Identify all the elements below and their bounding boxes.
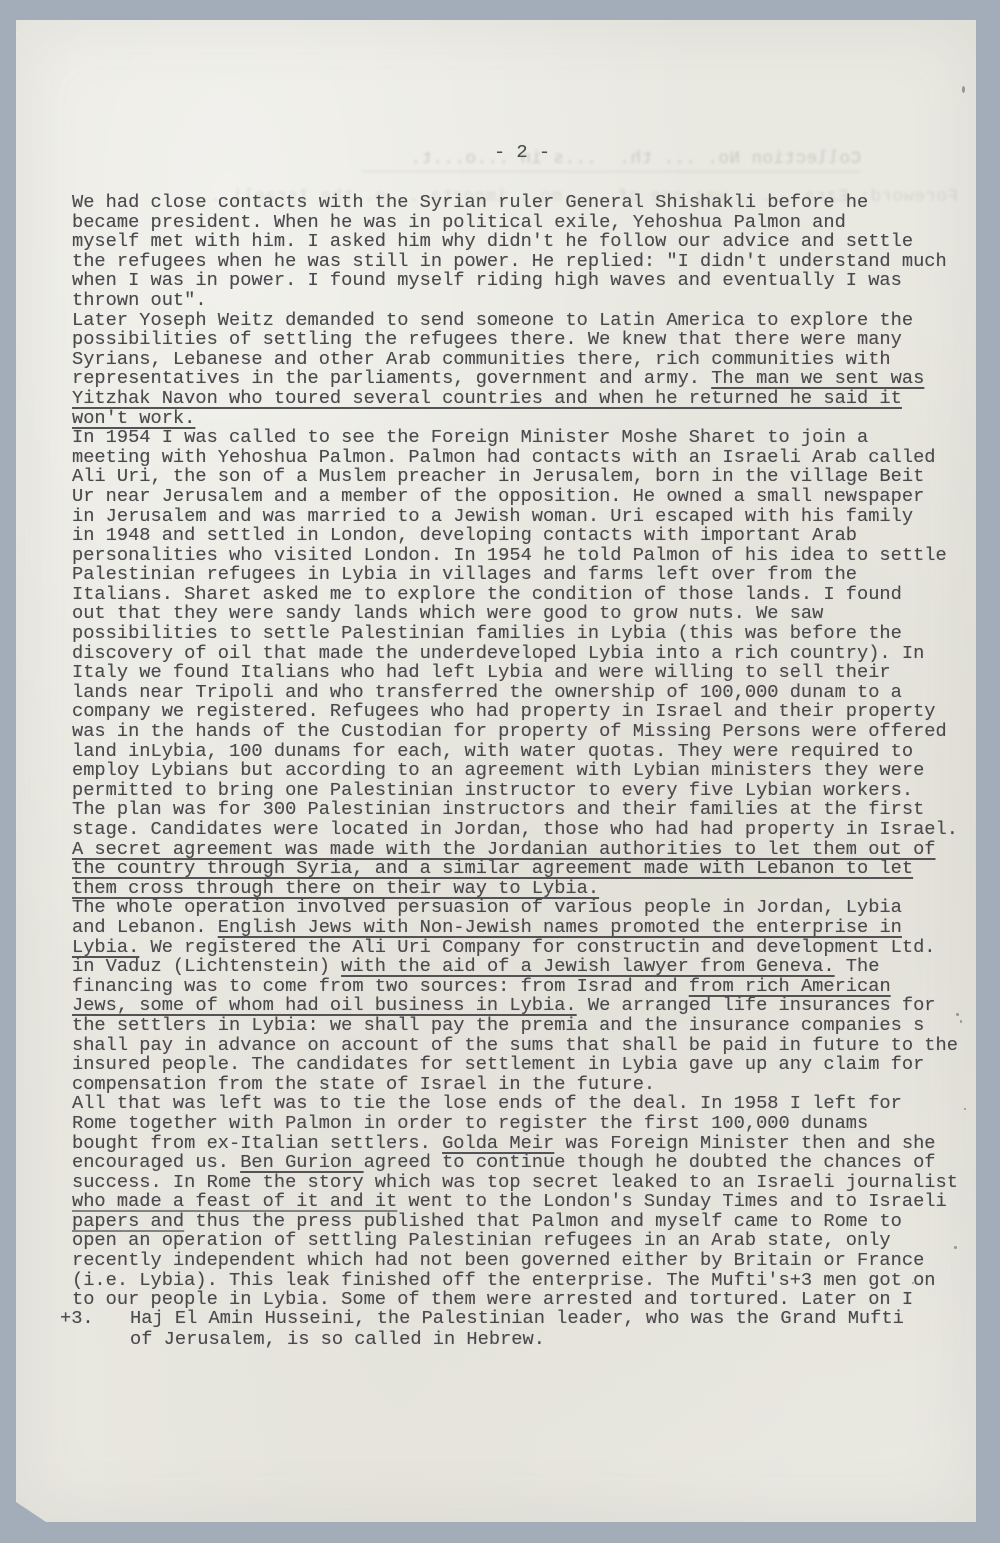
footnote-line: of Jerusalem, is so called in Hebrew. <box>130 1329 904 1350</box>
text-line: Yitzhak Navon who toured several countri… <box>72 389 958 409</box>
ink-speck <box>960 1020 962 1023</box>
ink-speck <box>912 1282 914 1284</box>
ink-speck <box>962 86 965 93</box>
ink-speck <box>954 1246 957 1249</box>
footnote: +3. Haj El Amin Husseini, the Palestinia… <box>60 1308 904 1350</box>
page-number: - 2 - <box>494 141 550 163</box>
ink-speck <box>956 1013 959 1016</box>
scanner-background: Collection No. ... th. ...s in ...o...t.… <box>0 0 1000 1543</box>
document-page: Collection No. ... th. ...s in ...o...t.… <box>16 20 976 1522</box>
ink-speck <box>964 1108 966 1110</box>
bleedthrough-header-text: Collection No. ... th. ...s in ...o...t. <box>361 149 861 172</box>
footnote-marker: +3. <box>60 1308 130 1350</box>
footnote-line: Haj El Amin Husseini, the Palestinian le… <box>130 1308 904 1329</box>
body-lines: We had close contacts with the Syrian ru… <box>72 193 958 1310</box>
footnote-lines: Haj El Amin Husseini, the Palestinian le… <box>130 1308 904 1350</box>
